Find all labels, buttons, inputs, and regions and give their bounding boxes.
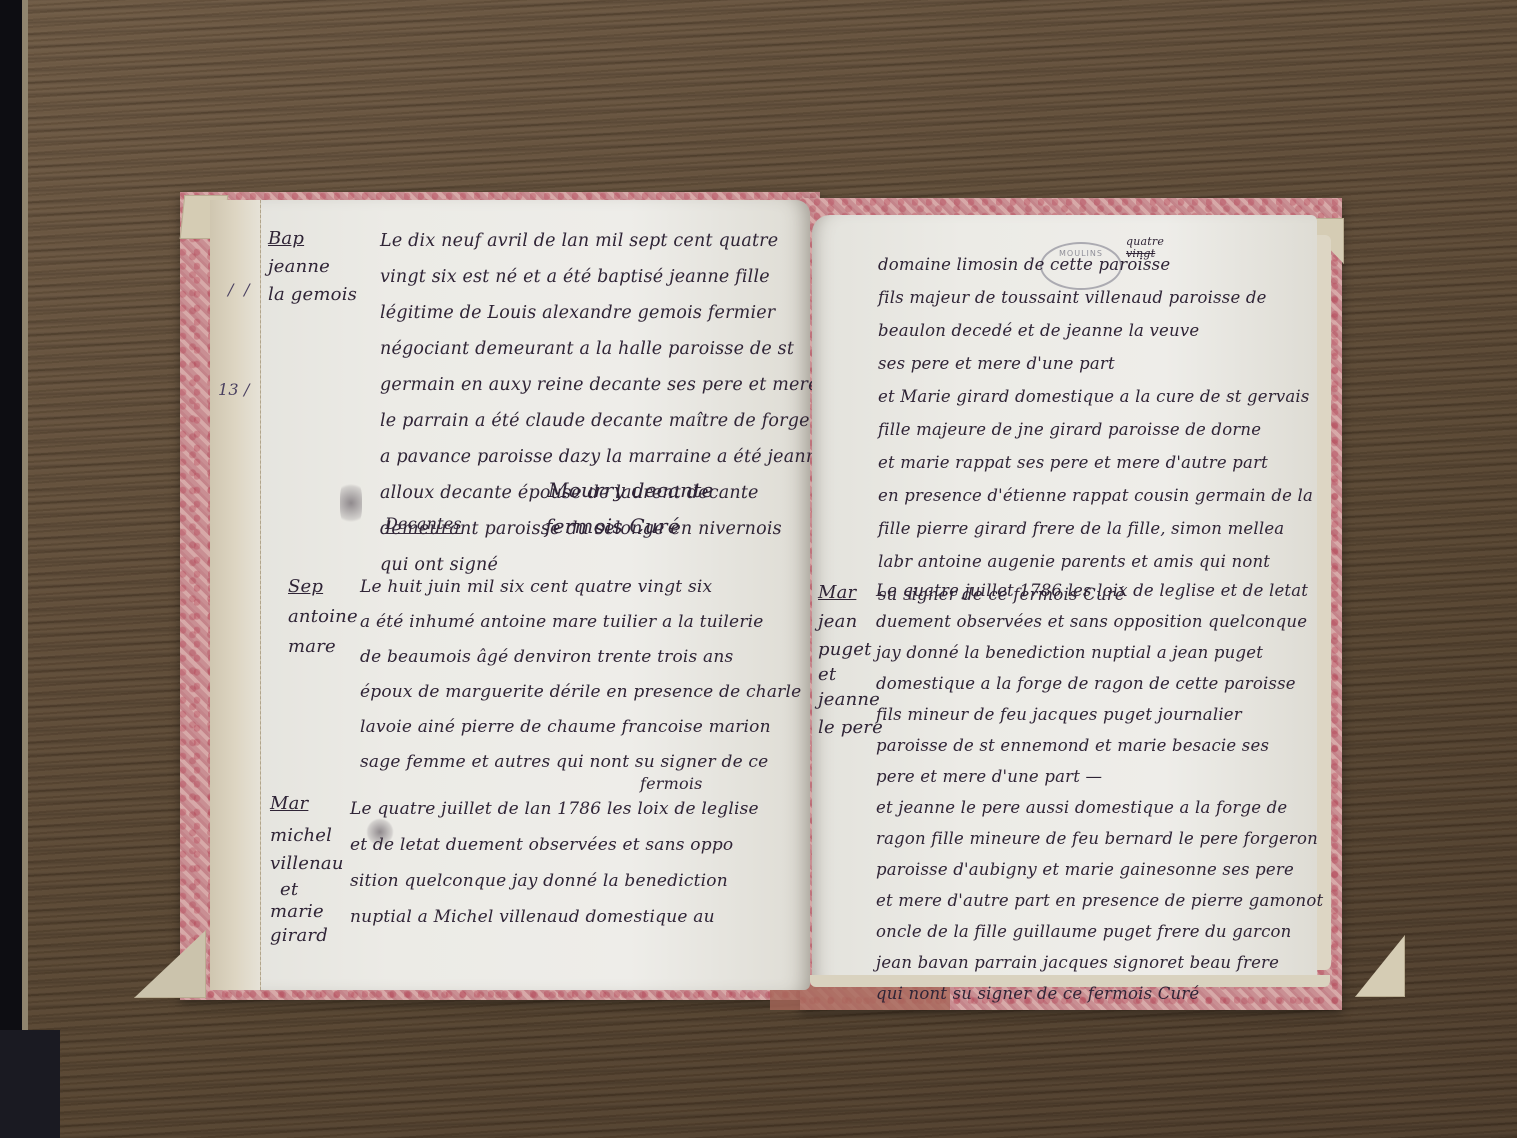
entry-line: négociant demeurant a la halle paroisse … bbox=[380, 330, 828, 366]
entry-line: duement observées et sans opposition que… bbox=[876, 603, 1323, 634]
margin-tick-marks: / / bbox=[228, 280, 250, 299]
entry-line: et jeanne le pere aussi domestique a la … bbox=[876, 789, 1323, 820]
marriage-entry-2: Le quatre juillet 1786 les loix de legli… bbox=[876, 572, 1323, 1006]
entry-line: sition quelconque jay donné la benedicti… bbox=[350, 862, 759, 898]
margin-name: le pere bbox=[818, 714, 883, 742]
entry-line: fille pierre girard frere de la fille, s… bbox=[878, 510, 1313, 543]
entry-line: en presence d'étienne rappat cousin germ… bbox=[878, 477, 1313, 510]
burial-entry: Le huit juin mil six cent quatre vingt s… bbox=[360, 568, 801, 778]
cover-corner-bottom-right bbox=[1355, 935, 1405, 997]
margin-name: girard bbox=[270, 917, 344, 955]
entry-line: époux de marguerite dérile en presence d… bbox=[360, 673, 801, 708]
marriage-entry-continuation: domaine limosin de cette paroisse fils m… bbox=[878, 246, 1313, 609]
entry-line: a été inhumé antoine mare tuilier a la t… bbox=[360, 603, 801, 638]
marriage-entry: Le quatre juillet de lan 1786 les loix d… bbox=[350, 790, 759, 934]
margin-name: jeanne bbox=[818, 686, 883, 714]
entry-line: jay donné la benediction nuptial a jean … bbox=[876, 634, 1323, 665]
margin-note-marriage-2: Mar jean puget et jeanne le pere bbox=[818, 574, 883, 742]
signature: Mourry decante bbox=[548, 478, 714, 502]
entry-line: pere et mere d'une part — bbox=[876, 758, 1323, 789]
ink-stain bbox=[366, 818, 394, 846]
entry-line: fils mineur de feu jacques puget journal… bbox=[876, 696, 1323, 727]
margin-note-marriage: Mar michel villenau et marie girard bbox=[270, 785, 344, 955]
entry-line: vingt six est né et a été baptisé jeanne… bbox=[380, 258, 828, 294]
entry-line: Le quatre juillet 1786 les loix de legli… bbox=[876, 572, 1323, 603]
entry-line: fille majeure de jne girard paroisse de … bbox=[878, 411, 1313, 444]
margin-name: jean bbox=[818, 608, 883, 636]
margin-page-number: 13 / bbox=[218, 380, 250, 399]
entry-line: beaulon decedé et de jeanne la veuve bbox=[878, 312, 1313, 345]
entry-line: paroisse de st ennemond et marie besacie… bbox=[876, 727, 1323, 758]
floor-shadow bbox=[0, 1030, 60, 1138]
margin-name: et bbox=[818, 664, 883, 686]
entry-line: et marie rappat ses pere et mere d'autre… bbox=[878, 444, 1313, 477]
torn-page-edge bbox=[210, 200, 261, 990]
margin-name: la gemois bbox=[268, 276, 357, 314]
signature: Decantes bbox=[385, 514, 462, 534]
entry-type-label: Mar bbox=[818, 574, 883, 612]
entry-line: germain en auxy reine decante ses pere e… bbox=[380, 366, 828, 402]
margin-name: puget bbox=[818, 636, 883, 664]
entry-line: le parrain a été claude decante maître d… bbox=[380, 402, 828, 438]
entry-line: domestique a la forge de ragon de cette … bbox=[876, 665, 1323, 696]
entry-line: Le quatre juillet de lan 1786 les loix d… bbox=[350, 790, 759, 826]
entry-line: Le dix neuf avril de lan mil sept cent q… bbox=[380, 222, 828, 258]
entry-line: et mere d'autre part en presence de pier… bbox=[876, 882, 1323, 913]
entry-line: de beaumois âgé denviron trente trois an… bbox=[360, 638, 801, 673]
ink-stain bbox=[340, 478, 362, 528]
entry-line: ragon fille mineure de feu bernard le pe… bbox=[876, 820, 1323, 851]
entry-line: légitime de Louis alexandre gemois fermi… bbox=[380, 294, 828, 330]
entry-line: sage femme et autres qui nont su signer … bbox=[360, 743, 801, 778]
entry-line: et Marie girard domestique a la cure de … bbox=[878, 378, 1313, 411]
entry-line: jean bavan parrain jacques signoret beau… bbox=[876, 944, 1323, 975]
margin-note-baptism: Bap jeanne la gemois bbox=[268, 220, 357, 314]
entry-line: nuptial a Michel villenaud domestique au bbox=[350, 898, 759, 934]
entry-line: et de letat duement observées et sans op… bbox=[350, 826, 759, 862]
entry-line: Le huit juin mil six cent quatre vingt s… bbox=[360, 568, 801, 603]
margin-note-burial: Sep antoine mare bbox=[288, 568, 358, 666]
signature: fermois Curé bbox=[545, 514, 680, 538]
entry-line: paroisse d'aubigny et marie gainesonne s… bbox=[876, 851, 1323, 882]
table-edge bbox=[0, 0, 28, 1138]
entry-line: qui nont su signer de ce fermois Curé bbox=[876, 975, 1323, 1006]
entry-line: a pavance paroisse dazy la marraine a ét… bbox=[380, 438, 828, 474]
entry-line: lavoie ainé pierre de chaume francoise m… bbox=[360, 708, 801, 743]
entry-line: oncle de la fille guillaume puget frere … bbox=[876, 913, 1323, 944]
entry-line: fils majeur de toussaint villenaud paroi… bbox=[878, 279, 1313, 312]
cover-corner-bottom-left bbox=[134, 930, 206, 998]
entry-line: domaine limosin de cette paroisse bbox=[878, 246, 1313, 279]
entry-line: ses pere et mere d'une part bbox=[878, 345, 1313, 378]
